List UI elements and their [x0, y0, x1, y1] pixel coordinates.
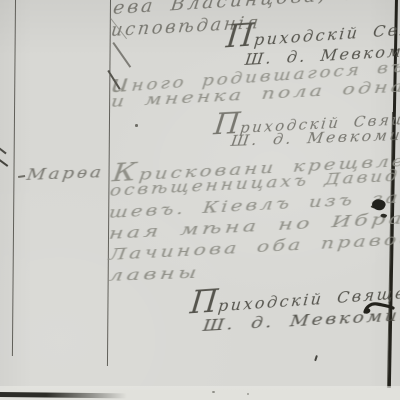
ink-speck	[135, 124, 138, 127]
ink-speck	[212, 391, 215, 393]
ink-flourish	[363, 298, 395, 320]
scanned-document-page: ева Власинцова, оба вѣроисповѣданіяПрихо…	[0, 0, 400, 400]
ink-speck	[247, 393, 249, 395]
margin-name: Марѳа	[26, 164, 105, 183]
record-line: лавны	[108, 265, 201, 284]
